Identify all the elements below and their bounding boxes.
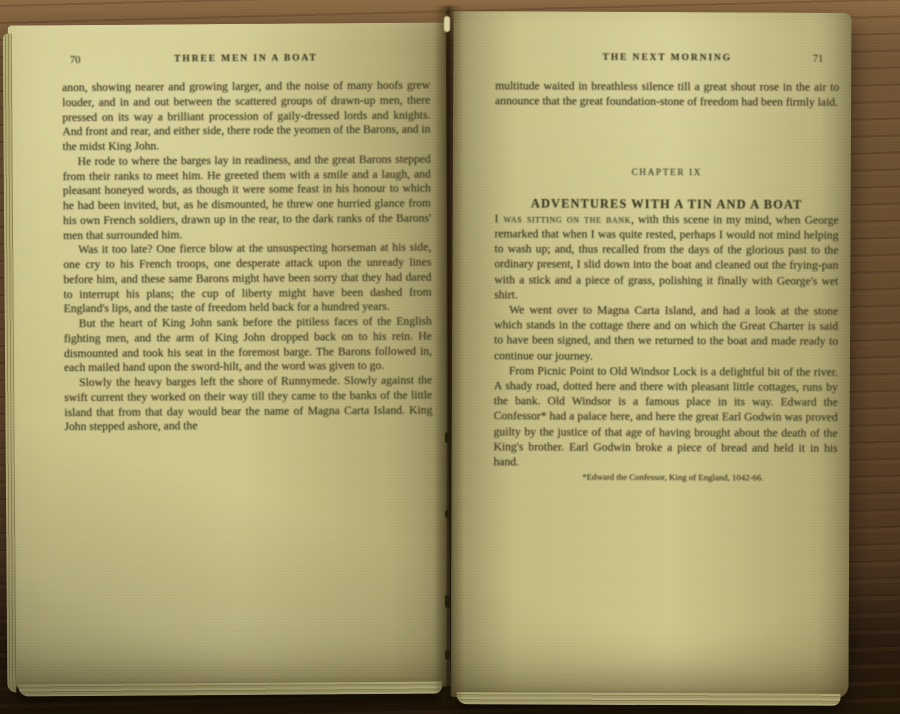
chapter-end-paragraph: multitude waited in breathless silence t… — [495, 78, 839, 110]
opening-phrase-small-caps: I was sitting on the bank — [495, 212, 632, 226]
paragraph: He rode to where the barges lay in readi… — [63, 152, 432, 243]
paragraph: Was it too late? One fierce blow at the … — [63, 241, 432, 317]
opening-phrase-rest: , with this scene in my mind, when Georg… — [494, 213, 838, 302]
left-page-body: anon, showing nearer and growing larger,… — [62, 79, 432, 436]
binding-stitch — [445, 595, 450, 608]
chapter-opening-paragraph: I was sitting on the bank, with this sce… — [494, 211, 838, 304]
paragraph: Slowly the heavy barges left the shore o… — [64, 374, 432, 436]
binding-stitch — [445, 432, 450, 443]
left-running-head: THREE MEN IN A BOAT — [62, 53, 430, 66]
paragraph: From Picnic Point to Old Windsor Lock is… — [493, 363, 837, 471]
left-page: 70 THREE MEN IN A BOAT anon, showing nea… — [8, 22, 451, 689]
footnote: *Edward the Confessor, King of England, … — [493, 470, 837, 487]
paragraph: But the heart of King John sank before t… — [64, 315, 432, 377]
chapter-title: ADVENTURES WITH A TIN AND A BOAT — [495, 196, 839, 213]
right-running-head: THE NEXT MORNING — [495, 52, 839, 64]
left-running-head-row: 70 THREE MEN IN A BOAT — [62, 53, 430, 70]
right-page-body: multitude waited in breathless silence t… — [493, 78, 839, 486]
paragraph: anon, showing nearer and growing larger,… — [62, 79, 431, 155]
chapter-number: CHAPTER IX — [495, 166, 839, 183]
right-page-content: THE NEXT MORNING 71 multitude waited in … — [451, 11, 852, 699]
right-running-head-row: THE NEXT MORNING 71 — [495, 52, 839, 68]
binding-thread — [444, 16, 450, 32]
right-page-number: 71 — [813, 54, 824, 65]
book-photo: 70 THREE MEN IN A BOAT anon, showing nea… — [0, 0, 900, 714]
right-page: THE NEXT MORNING 71 multitude waited in … — [451, 11, 852, 699]
left-page-content: 70 THREE MEN IN A BOAT anon, showing nea… — [8, 22, 451, 689]
binding-stitch — [445, 510, 450, 518]
paragraph: We went over to Magna Carta Island, and … — [494, 302, 838, 364]
binding-stitch — [445, 650, 450, 660]
